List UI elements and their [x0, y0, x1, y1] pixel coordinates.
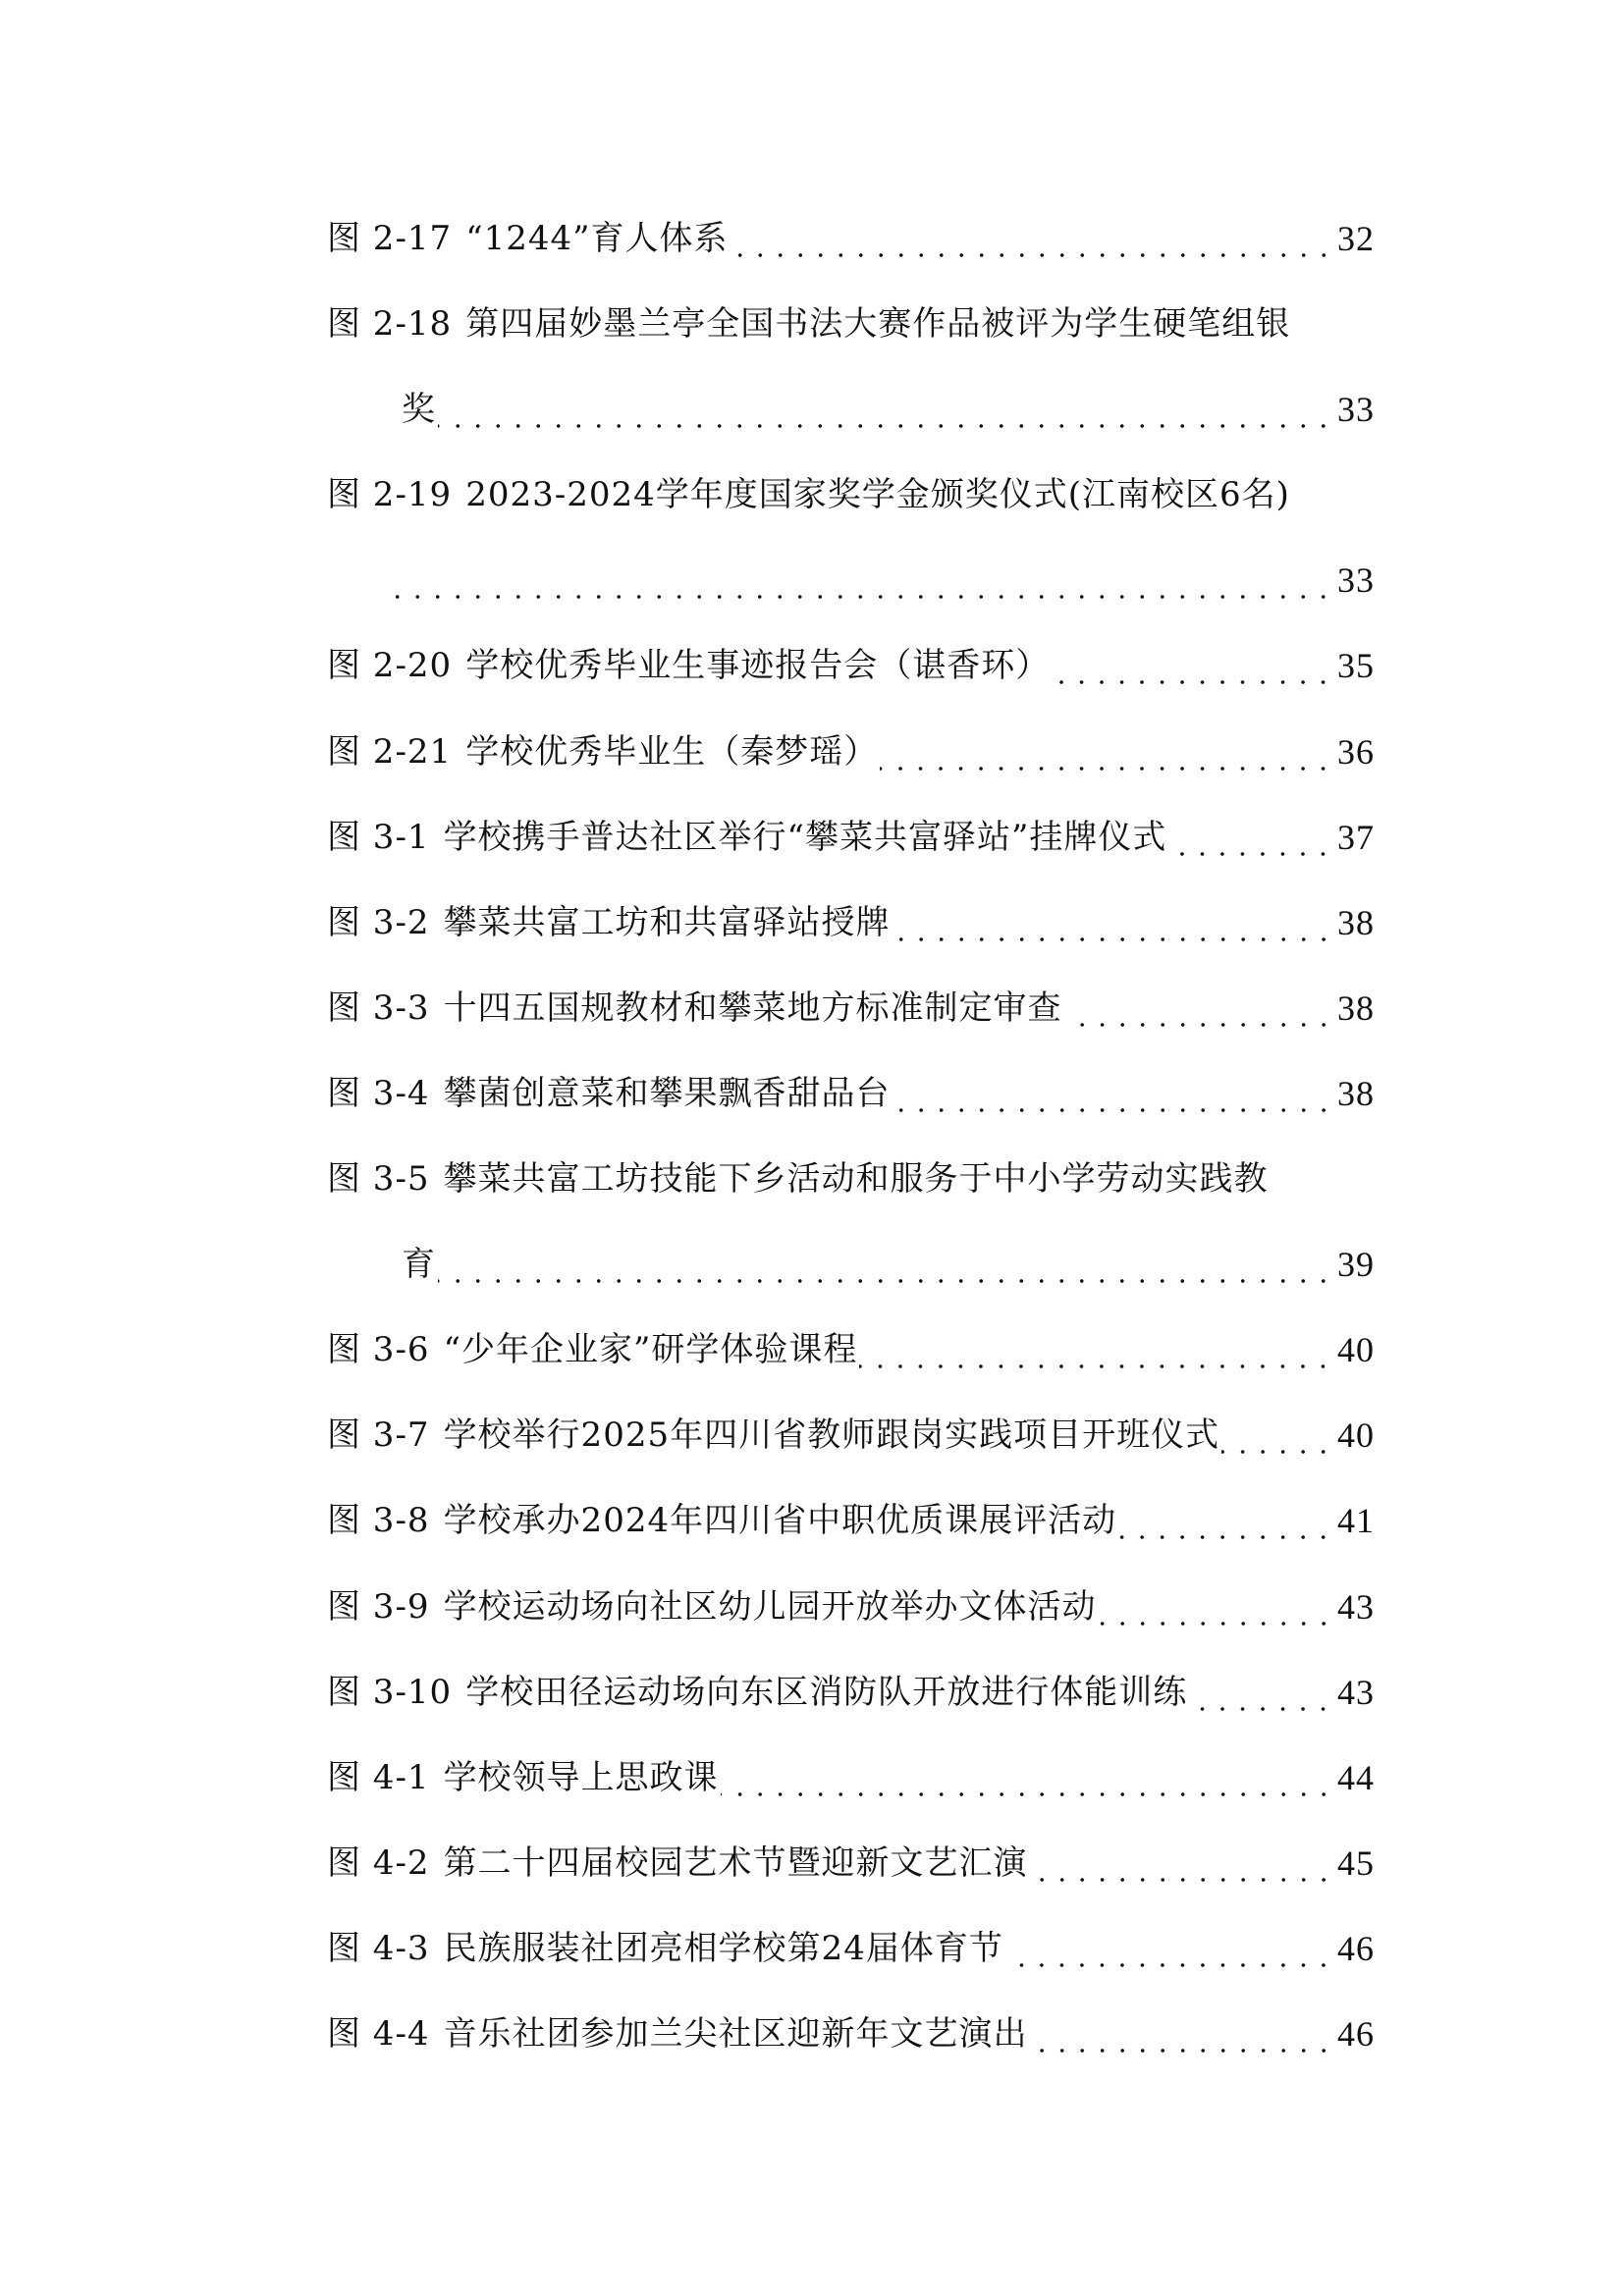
- toc-entry-label: 图 2-20学校优秀毕业生事迹报告会（谌香环）: [327, 623, 1050, 709]
- figure-title: “少年企业家”研学体验课程: [444, 1330, 858, 1369]
- page-number: 38: [1337, 1051, 1375, 1137]
- figure-number: 图 2-21: [327, 732, 452, 772]
- toc-entry[interactable]: 图 2-192023-2024学年度国家奖学金颁奖仪式(江南校区6名): [327, 453, 1375, 538]
- figure-number: 图 3-3: [327, 988, 430, 1028]
- page-number: 35: [1337, 623, 1375, 709]
- dot-leader: [1005, 1906, 1333, 1992]
- toc-entry-label: 图 4-3民族服装社团亮相学校第24届体育节: [327, 1906, 1003, 1992]
- toc-entry[interactable]: 图 2-17“1244”育人体系 32: [327, 196, 1375, 282]
- dot-leader: [388, 538, 1333, 623]
- page-number: 45: [1337, 1821, 1375, 1906]
- toc-entry-continuation[interactable]: 育 39: [327, 1222, 1375, 1308]
- page-number: 41: [1337, 1478, 1375, 1564]
- dot-leader: [1030, 1992, 1333, 2077]
- dot-leader: [721, 1735, 1333, 1821]
- figure-title: 2023-2024学年度国家奖学金颁奖仪式(江南校区6名): [465, 475, 1290, 514]
- figure-title: 学校田径运动场向东区消防队开放进行体能训练: [465, 1673, 1187, 1712]
- figure-title: 攀菜共富工坊技能下乡活动和服务于中小学劳动实践教: [444, 1159, 1269, 1199]
- dot-leader: [1189, 1650, 1333, 1735]
- toc-entry-label: 图 3-9学校运动场向社区幼儿园开放举办文体活动: [327, 1565, 1097, 1650]
- toc-entry[interactable]: 图 3-5攀菜共富工坊技能下乡活动和服务于中小学劳动实践教: [327, 1137, 1375, 1222]
- figure-title: 音乐社团参加兰尖社区迎新年文艺演出: [444, 2014, 1028, 2054]
- toc-entry-label: 图 3-8学校承办2024年四川省中职优质课展评活动: [327, 1478, 1116, 1564]
- figure-number: 图 3-5: [327, 1159, 430, 1199]
- figure-number: 图 3-4: [327, 1074, 430, 1113]
- figure-title: “1244”育人体系: [465, 219, 728, 258]
- figure-number: 图 3-1: [327, 818, 430, 857]
- figure-index-list: 图 2-17“1244”育人体系 32 图 2-18第四届妙墨兰亭全国书法大赛作…: [327, 196, 1375, 2077]
- figure-title: 攀菜共富工坊和共富驿站授牌: [444, 903, 891, 942]
- toc-entry-continuation[interactable]: 奖 33: [327, 367, 1375, 453]
- dot-leader: [893, 881, 1333, 966]
- figure-title: 攀菌创意菜和攀果飘香甜品台: [444, 1074, 891, 1113]
- page-number: 36: [1337, 710, 1375, 795]
- dot-leader: [1052, 623, 1333, 709]
- toc-entry[interactable]: 图 4-1学校领导上思政课 44: [327, 1735, 1375, 1821]
- dot-leader: [731, 196, 1334, 282]
- toc-entry-label: 图 3-1学校携手普达社区举行“攀菜共富驿站”挂牌仪式: [327, 795, 1166, 881]
- toc-entry[interactable]: 图 2-18第四届妙墨兰亭全国书法大赛作品被评为学生硬笔组银: [327, 282, 1375, 367]
- toc-entry[interactable]: 图 3-8学校承办2024年四川省中职优质课展评活动 41: [327, 1478, 1375, 1564]
- toc-entry-label: 图 3-7学校举行2025年四川省教师跟岗实践项目开班仪式: [327, 1393, 1219, 1478]
- toc-entry-label: 图 4-2第二十四届校园艺术节暨迎新文艺汇演: [327, 1821, 1028, 1906]
- page-number: 44: [1337, 1735, 1375, 1821]
- figure-number: 图 3-8: [327, 1501, 430, 1540]
- dot-leader: [1168, 795, 1333, 881]
- figure-title: 十四五国规教材和攀菜地方标准制定审查: [444, 988, 1062, 1028]
- figure-number: 图 2-18: [327, 304, 452, 344]
- toc-entry-label: 图 3-10学校田径运动场向东区消防队开放进行体能训练: [327, 1650, 1187, 1735]
- figure-title: 学校举行2025年四川省教师跟岗实践项目开班仪式: [444, 1415, 1220, 1455]
- figure-title-continuation: 奖: [402, 367, 436, 453]
- dot-leader: [1099, 1565, 1333, 1650]
- figure-title: 学校优秀毕业生事迹报告会（谌香环）: [465, 646, 1050, 685]
- dot-leader: [438, 367, 1333, 453]
- dot-leader: [880, 710, 1333, 795]
- figure-number: 图 4-2: [327, 1843, 430, 1883]
- figure-number: 图 2-20: [327, 646, 452, 685]
- figure-number: 图 2-17: [327, 219, 452, 258]
- toc-entry[interactable]: 图 3-6“少年企业家”研学体验课程 40: [327, 1308, 1375, 1393]
- page-number: 38: [1337, 881, 1375, 966]
- figure-title: 民族服装社团亮相学校第24届体育节: [444, 1929, 1003, 1968]
- dot-leader: [1030, 1821, 1333, 1906]
- toc-entry-label: 图 2-17“1244”育人体系: [327, 196, 729, 282]
- figure-number: 图 3-6: [327, 1330, 430, 1369]
- document-page: 图 2-17“1244”育人体系 32 图 2-18第四届妙墨兰亭全国书法大赛作…: [0, 0, 1624, 2296]
- dot-leader: [859, 1308, 1333, 1393]
- toc-entry-label: 图 2-192023-2024学年度国家奖学金颁奖仪式(江南校区6名): [327, 453, 1290, 538]
- toc-entry-label: 图 4-1学校领导上思政课: [327, 1735, 719, 1821]
- toc-entry[interactable]: 图 3-9学校运动场向社区幼儿园开放举办文体活动 43: [327, 1565, 1375, 1650]
- toc-entry-label: 图 3-2攀菜共富工坊和共富驿站授牌: [327, 881, 891, 966]
- page-number: 33: [1337, 538, 1375, 623]
- toc-entry[interactable]: 图 2-21学校优秀毕业生（秦梦瑶） 36: [327, 710, 1375, 795]
- figure-title-continuation: 育: [402, 1222, 436, 1308]
- toc-entry-label: 图 3-6“少年企业家”研学体验课程: [327, 1308, 857, 1393]
- figure-title: 学校运动场向社区幼儿园开放举办文体活动: [444, 1587, 1097, 1627]
- toc-entry-label: 图 2-21学校优秀毕业生（秦梦瑶）: [327, 710, 878, 795]
- figure-number: 图 4-4: [327, 2014, 430, 2054]
- figure-number: 图 2-19: [327, 475, 452, 514]
- page-number: 37: [1337, 795, 1375, 881]
- figure-number: 图 4-3: [327, 1929, 430, 1968]
- figure-number: 图 3-9: [327, 1587, 430, 1627]
- toc-entry[interactable]: 图 3-1学校携手普达社区举行“攀菜共富驿站”挂牌仪式 37: [327, 795, 1375, 881]
- toc-entry[interactable]: 图 3-7学校举行2025年四川省教师跟岗实践项目开班仪式 40: [327, 1393, 1375, 1478]
- toc-entry[interactable]: 图 4-4音乐社团参加兰尖社区迎新年文艺演出 46: [327, 1992, 1375, 2077]
- page-number: 32: [1337, 196, 1375, 282]
- dot-leader: [1118, 1478, 1333, 1564]
- figure-number: 图 4-1: [327, 1758, 430, 1797]
- toc-entry[interactable]: 图 4-3民族服装社团亮相学校第24届体育节 46: [327, 1906, 1375, 1992]
- toc-entry-label: 图 3-4攀菌创意菜和攀果飘香甜品台: [327, 1051, 891, 1137]
- figure-number: 图 3-7: [327, 1415, 430, 1455]
- figure-title: 学校承办2024年四川省中职优质课展评活动: [444, 1501, 1117, 1540]
- figure-title: 第二十四届校园艺术节暨迎新文艺汇演: [444, 1843, 1028, 1883]
- page-number: 46: [1337, 1906, 1375, 1992]
- dot-leader: [1064, 966, 1333, 1051]
- page-number: 46: [1337, 1992, 1375, 2077]
- toc-entry-label: 图 3-3十四五国规教材和攀菜地方标准制定审查: [327, 966, 1062, 1051]
- page-number: 39: [1337, 1222, 1375, 1308]
- toc-entry-label: 图 3-5攀菜共富工坊技能下乡活动和服务于中小学劳动实践教: [327, 1137, 1269, 1222]
- dot-leader: [438, 1222, 1333, 1308]
- figure-number: 图 3-10: [327, 1673, 452, 1712]
- toc-entry-continuation[interactable]: 33: [327, 538, 1375, 623]
- toc-entry[interactable]: 图 2-20学校优秀毕业生事迹报告会（谌香环） 35: [327, 623, 1375, 709]
- dot-leader: [1221, 1393, 1333, 1478]
- page-number: 33: [1337, 367, 1375, 453]
- page-number: 40: [1337, 1393, 1375, 1478]
- figure-title: 第四届妙墨兰亭全国书法大赛作品被评为学生硬笔组银: [465, 304, 1290, 344]
- dot-leader: [893, 1051, 1333, 1137]
- page-number: 43: [1337, 1565, 1375, 1650]
- figure-title: 学校优秀毕业生（秦梦瑶）: [465, 732, 878, 772]
- toc-entry[interactable]: 图 3-3十四五国规教材和攀菜地方标准制定审查 38: [327, 966, 1375, 1051]
- toc-entry-label: 图 2-18第四届妙墨兰亭全国书法大赛作品被评为学生硬笔组银: [327, 282, 1290, 367]
- page-number: 43: [1337, 1650, 1375, 1735]
- toc-entry[interactable]: 图 3-10学校田径运动场向东区消防队开放进行体能训练 43: [327, 1650, 1375, 1735]
- page-number: 40: [1337, 1308, 1375, 1393]
- toc-entry[interactable]: 图 3-4攀菌创意菜和攀果飘香甜品台 38: [327, 1051, 1375, 1137]
- figure-number: 图 3-2: [327, 903, 430, 942]
- figure-title: 学校领导上思政课: [444, 1758, 719, 1797]
- page-number: 38: [1337, 966, 1375, 1051]
- toc-entry[interactable]: 图 4-2第二十四届校园艺术节暨迎新文艺汇演 45: [327, 1821, 1375, 1906]
- toc-entry[interactable]: 图 3-2攀菜共富工坊和共富驿站授牌 38: [327, 881, 1375, 966]
- figure-title: 学校携手普达社区举行“攀菜共富驿站”挂牌仪式: [444, 818, 1167, 857]
- toc-entry-label: 图 4-4音乐社团参加兰尖社区迎新年文艺演出: [327, 1992, 1028, 2077]
